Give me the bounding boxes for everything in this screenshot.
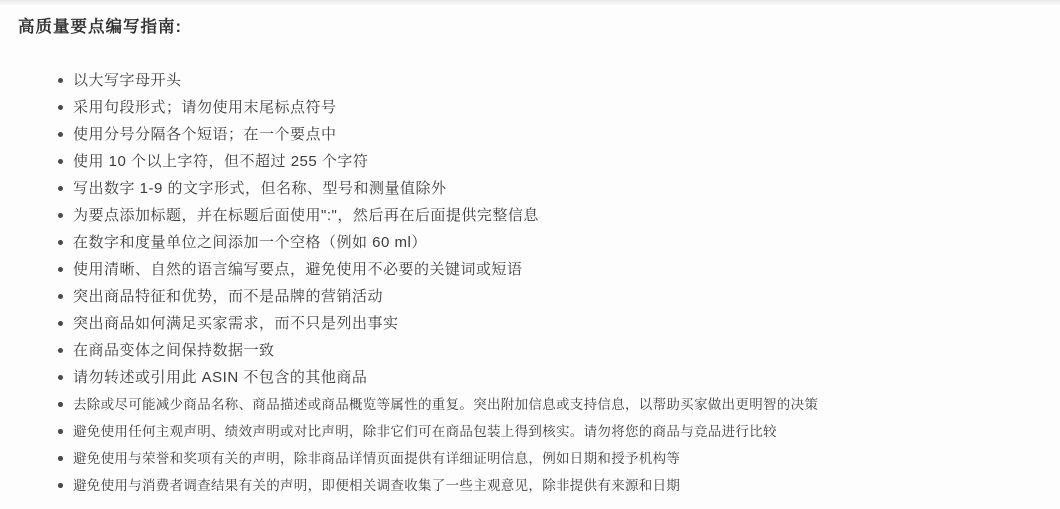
- guidelines-list: 以大写字母开头 采用句段形式；请勿使用末尾标点符号 使用分号分隔各个短语；在一个…: [0, 71, 1060, 495]
- guideline-text: 使用分号分隔各个短语；在一个要点中: [73, 126, 337, 143]
- guideline-item: 为要点添加标题，并在标题后面使用":"，然后再在后面提供完整信息: [73, 206, 1040, 225]
- guideline-text: 突出商品特征和优势，而不是品牌的营销活动: [73, 288, 383, 305]
- guideline-text: 使用清晰、自然的语言编写要点，避免使用不必要的关键词或短语: [73, 261, 523, 278]
- guideline-text: 突出商品如何满足买家需求，而不只是列出事实: [73, 315, 399, 332]
- guideline-item: 在商品变体之间保持数据一致: [73, 341, 1040, 360]
- guideline-text: 避免使用与荣誉和奖项有关的声明，除非商品详情页面提供有详细证明信息，例如日期和授…: [73, 451, 680, 466]
- page-title: 高质量要点编写指南:: [18, 18, 1060, 37]
- guideline-item: 在数字和度量单位之间添加一个空格（例如 60 ml）: [73, 233, 1040, 252]
- guideline-text: 避免使用与消费者调查结果有关的声明，即便相关调查收集了一些主观意见，除非提供有来…: [73, 478, 680, 493]
- guideline-text: 请勿转述或引用此 ASIN 不包含的其他商品: [73, 369, 367, 386]
- guideline-text: 以大写字母开头: [73, 72, 182, 89]
- guideline-item: 使用清晰、自然的语言编写要点，避免使用不必要的关键词或短语: [73, 260, 1040, 279]
- guideline-text: 使用 10 个以上字符，但不超过 255 个字符: [73, 153, 368, 170]
- guideline-text: 在商品变体之间保持数据一致: [73, 342, 275, 359]
- guideline-item: 采用句段形式；请勿使用末尾标点符号: [73, 98, 1040, 117]
- guideline-item: 使用分号分隔各个短语；在一个要点中: [73, 125, 1040, 144]
- guideline-item: 写出数字 1-9 的文字形式，但名称、型号和测量值除外: [73, 179, 1040, 198]
- guideline-item: 使用 10 个以上字符，但不超过 255 个字符: [73, 152, 1040, 171]
- document-page: 高质量要点编写指南: 以大写字母开头 采用句段形式；请勿使用末尾标点符号 使用分…: [0, 0, 1060, 509]
- guideline-item: 避免使用任何主观声明、绩效声明或对比声明，除非它们可在商品包装上得到核实。请勿将…: [73, 422, 1040, 441]
- guideline-item: 避免使用与消费者调查结果有关的声明，即便相关调查收集了一些主观意见，除非提供有来…: [73, 476, 1040, 495]
- guideline-text: 为要点添加标题，并在标题后面使用":"，然后再在后面提供完整信息: [73, 207, 539, 224]
- guideline-text: 去除或尽可能减少商品名称、商品描述或商品概览等属性的重复。突出附加信息或支持信息…: [73, 397, 818, 412]
- guideline-text: 采用句段形式；请勿使用末尾标点符号: [73, 99, 337, 116]
- guideline-text: 避免使用任何主观声明、绩效声明或对比声明，除非它们可在商品包装上得到核实。请勿将…: [73, 424, 777, 439]
- guideline-text: 在数字和度量单位之间添加一个空格（例如 60 ml）: [73, 234, 427, 251]
- guideline-item: 突出商品特征和优势，而不是品牌的营销活动: [73, 287, 1040, 306]
- page-top-edge: [0, 0, 1060, 5]
- guideline-item: 避免使用与荣誉和奖项有关的声明，除非商品详情页面提供有详细证明信息，例如日期和授…: [73, 449, 1040, 468]
- guideline-item: 请勿转述或引用此 ASIN 不包含的其他商品: [73, 368, 1040, 387]
- guideline-item: 去除或尽可能减少商品名称、商品描述或商品概览等属性的重复。突出附加信息或支持信息…: [73, 395, 1040, 414]
- guideline-text: 写出数字 1-9 的文字形式，但名称、型号和测量值除外: [73, 180, 447, 197]
- guideline-item: 突出商品如何满足买家需求，而不只是列出事实: [73, 314, 1040, 333]
- guideline-item: 以大写字母开头: [73, 71, 1040, 90]
